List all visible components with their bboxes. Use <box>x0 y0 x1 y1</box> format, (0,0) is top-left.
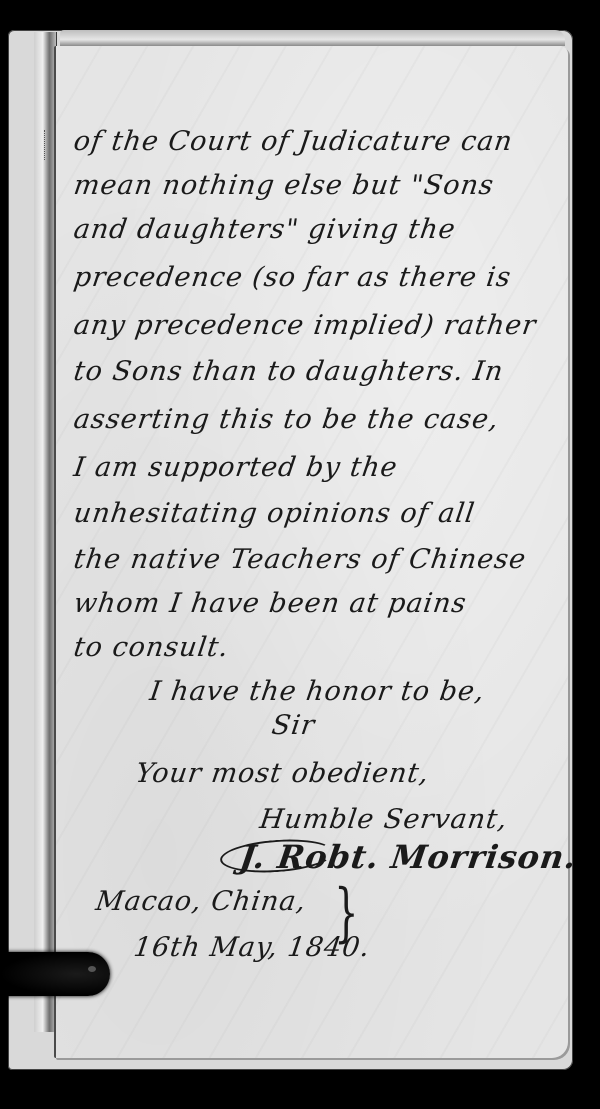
margin-marks <box>44 130 53 160</box>
letter-line-4: precedence (so far as there is <box>72 262 513 293</box>
closing-salutation: Sir <box>270 710 317 741</box>
letter-line-1: of the Court of Judicature can <box>72 126 515 157</box>
letter-line-7: asserting this to be the case, <box>72 404 501 435</box>
thumb-holding-page <box>0 952 110 996</box>
letter-line-10: the native Teachers of Chinese <box>72 544 528 575</box>
page-top-edge <box>60 30 565 46</box>
closing-line-honor: I have the honor to be, <box>148 676 487 707</box>
letter-line-9: unhesitating opinions of all <box>72 498 477 529</box>
letter-line-6: to Sons than to daughters. In <box>72 356 506 387</box>
letter-line-8: I am supported by the <box>72 452 400 483</box>
thumb-highlight <box>88 966 96 972</box>
letter-line-3: and daughters" giving the <box>72 214 458 245</box>
closing-line-servant: Humble Servant, <box>258 804 510 835</box>
letter-line-2: mean nothing else but "Sons <box>72 170 496 201</box>
date-brace: } <box>334 876 358 950</box>
letter-place: Macao, China, <box>94 886 308 917</box>
letter-line-11: whom I have been at pains <box>72 588 469 619</box>
letter-line-5: any precedence implied) rather <box>72 310 539 341</box>
letter-line-12: to consult. <box>72 632 231 663</box>
closing-line-obedient: Your most obedient, <box>134 758 431 789</box>
signature: J. Robt. Morrison. <box>237 838 579 876</box>
